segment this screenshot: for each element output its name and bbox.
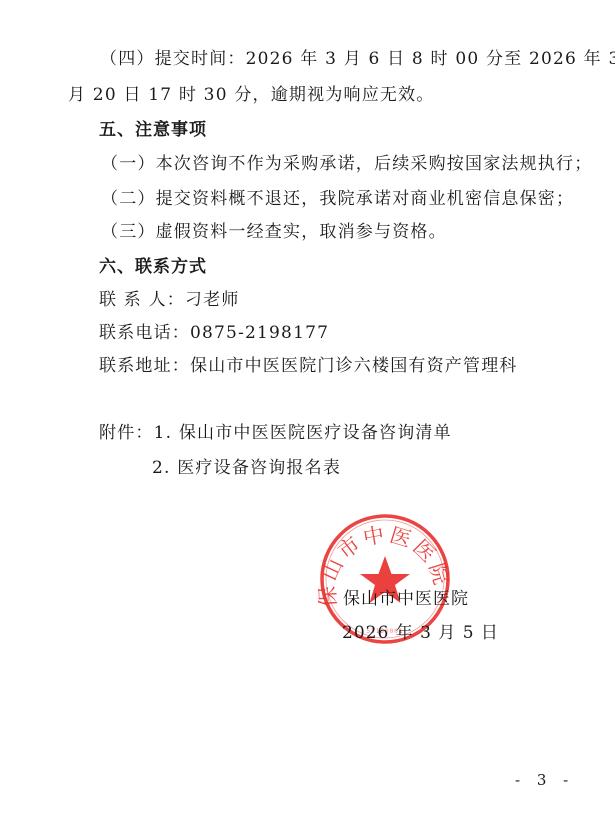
contact-person: 联 系 人：刁老师 (99, 289, 240, 311)
submission-time-line-1: （四）提交时间：2026 年 3 月 6 日 8 时 00 分至 2026 年 … (100, 48, 615, 70)
signature-date: 2026 年 3 月 5 日 (342, 622, 499, 644)
page-number: - 3 - (515, 771, 574, 789)
section-heading-notes: 五、注意事项 (99, 119, 207, 141)
note-item-1: （一）本次咨询不作为采购承诺，后续采购按国家法规执行； (101, 153, 592, 175)
note-item-2: （二）提交资料概不退还，我院承诺对商业机密信息保密； (101, 188, 574, 210)
attachment-item-1: 附件：1. 保山市中医医院医疗设备咨询清单 (99, 422, 452, 444)
contact-phone: 联系电话：0875-2198177 (99, 322, 329, 344)
submission-time-line-2: 月 20 日 17 时 30 分，逾期视为响应无效。 (68, 84, 435, 106)
section-heading-contact: 六、联系方式 (99, 256, 207, 278)
signature-organization: 保山市中医医院 (343, 588, 469, 610)
note-item-3: （三）虚假资料一经查实，取消参与资格。 (101, 221, 447, 243)
contact-address: 联系地址：保山市中医医院门诊六楼国有资产管理科 (99, 355, 518, 377)
attachment-item-2: 2. 医疗设备咨询报名表 (152, 457, 341, 479)
